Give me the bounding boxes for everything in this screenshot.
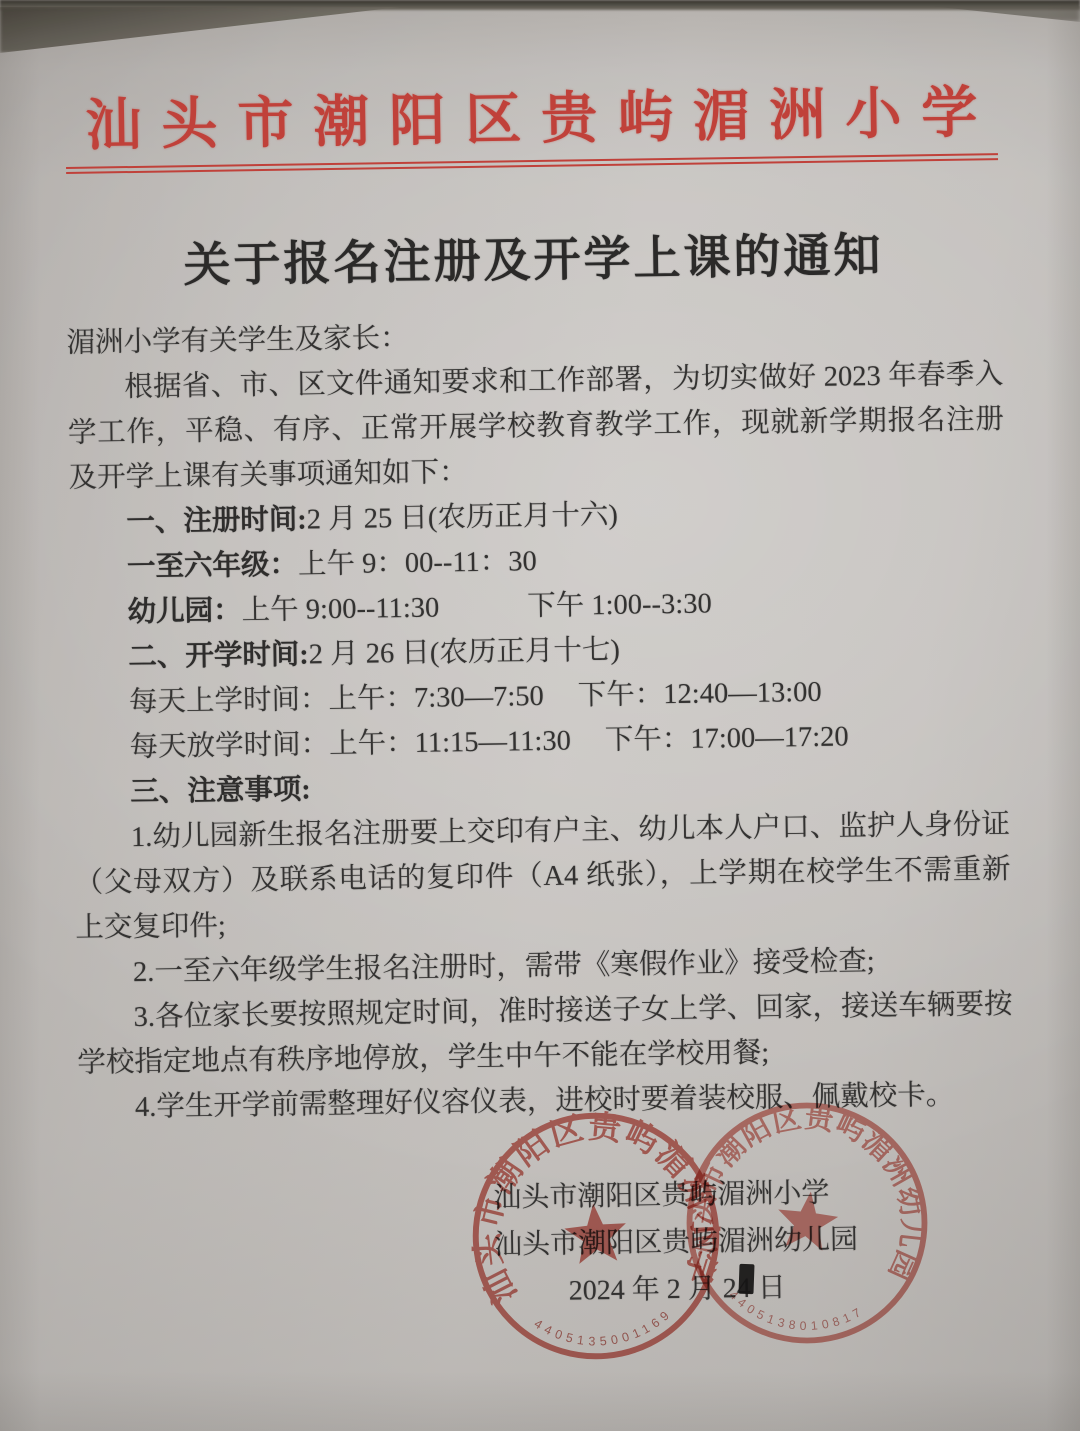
school-name-title: 汕头市潮阳区贵屿湄洲小学: [65, 81, 998, 173]
leave-afternoon: 下午：17:00—17:20: [605, 721, 849, 756]
signature-school-primary: 汕头市潮阳区贵屿湄洲小学: [493, 1167, 1016, 1222]
leave-morning: 上午：11:15—11:30: [329, 725, 571, 760]
arrive-label: 每天上学时间：: [129, 684, 329, 718]
spacer: [439, 615, 527, 616]
leave-label: 每天放学时间：: [129, 729, 329, 763]
note-item-3: 3.各位家长要按照规定时间，准时接送子女上学、回家，接送车辆要按学校指定地点有秩…: [76, 982, 1013, 1086]
kindergarten-morning: 上午 9:00--11:30: [241, 592, 439, 626]
section3-heading: 三、注意事项:: [130, 774, 311, 808]
signature-block: 汕头市潮阳区贵屿湄洲小学 汕头市潮阳区贵屿湄洲幼儿园 2024 年 2 月 24…: [79, 1167, 1017, 1322]
school-header: 汕头市潮阳区贵屿湄洲小学: [63, 81, 1000, 173]
kindergarten-afternoon: 下午 1:00--3:30: [527, 588, 712, 622]
intro-paragraph: 根据省、市、区文件通知要求和工作部署，为切实做好 2023 年春季入学工作，平稳…: [67, 352, 1005, 501]
signature-date: 2024 年 2 月 24 日: [494, 1261, 1017, 1316]
arrive-morning: 上午：7:30—7:50: [328, 681, 544, 715]
section1-date: 2 月 25 日(农历正月十六): [307, 499, 619, 535]
grade-label: 一至六年级：: [127, 549, 298, 583]
signature-school-kindergarten: 汕头市潮阳区贵屿湄洲幼儿园: [494, 1214, 1017, 1269]
grade-time: 上午 9：00--11：30: [298, 546, 537, 581]
spacer: [571, 749, 605, 750]
section2-heading: 二、开学时间:: [128, 639, 309, 673]
document-content: 汕头市潮阳区贵屿湄洲小学 关于报名注册及开学上课的通知 湄洲小学有关学生及家长：…: [0, 0, 1080, 1323]
section2-date: 2 月 26 日(农历正月十七): [309, 634, 621, 670]
arrive-afternoon: 下午：12:40—13:00: [578, 676, 822, 711]
spacer: [544, 704, 578, 705]
photographed-notice-page: 汕头市潮阳区贵屿湄洲小学 关于报名注册及开学上课的通知 湄洲小学有关学生及家长：…: [0, 0, 1080, 1431]
notice-title: 关于报名注册及开学上课的通知: [65, 216, 1002, 297]
section1-heading: 一、注册时间:: [126, 504, 307, 538]
notice-body: 湄洲小学有关学生及家长： 根据省、市、区文件通知要求和工作部署，为切实做好 20…: [66, 307, 1014, 1131]
ink-mark-over-date: [738, 1264, 754, 1295]
kindergarten-label: 幼儿园：: [127, 595, 241, 628]
note-item-1: 1.幼儿园新生报名注册要上交印有户主、幼儿本人户口、监护人身份证（父母双方）及联…: [74, 802, 1012, 951]
